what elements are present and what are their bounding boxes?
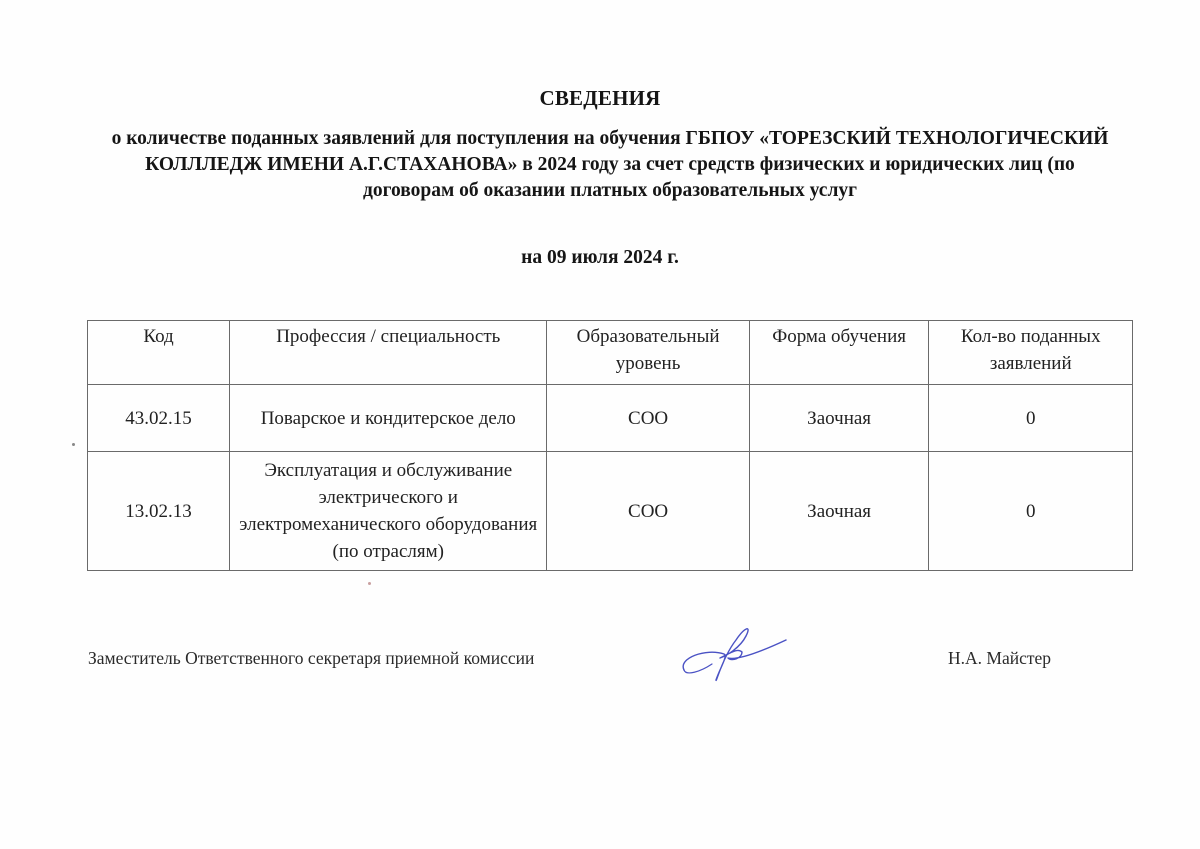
cell-form: Заочная bbox=[749, 385, 929, 452]
cell-code: 43.02.15 bbox=[88, 385, 230, 452]
signatory-name: Н.А. Майстер bbox=[948, 648, 1051, 669]
table-header-row: Код Профессия / специальность Образовате… bbox=[88, 321, 1133, 385]
document-page: СВЕДЕНИЯ о количестве поданных заявлений… bbox=[0, 0, 1200, 849]
document-date: на 09 июля 2024 г. bbox=[0, 247, 1200, 269]
cell-code: 13.02.13 bbox=[88, 452, 230, 571]
signatory-role: Заместитель Ответственного секретаря при… bbox=[88, 648, 534, 669]
applications-table: Код Профессия / специальность Образовате… bbox=[87, 320, 1133, 571]
header-count: Кол-во поданных заявлений bbox=[929, 321, 1133, 385]
header-specialty: Профессия / специальность bbox=[230, 321, 547, 385]
signature-icon bbox=[676, 618, 806, 688]
cell-level: СОО bbox=[547, 452, 749, 571]
header-level: Образовательный уровень bbox=[547, 321, 749, 385]
cell-count: 0 bbox=[929, 385, 1133, 452]
document-subtitle: о количестве поданных заявлений для пост… bbox=[110, 126, 1110, 204]
scan-speck bbox=[72, 443, 75, 446]
cell-specialty: Эксплуатация и обслуживание электрическо… bbox=[230, 452, 547, 571]
cell-level: СОО bbox=[547, 385, 749, 452]
table-row: 13.02.13 Эксплуатация и обслуживание эле… bbox=[88, 452, 1133, 571]
table-row: 43.02.15 Поварское и кондитерское дело С… bbox=[88, 385, 1133, 452]
document-title: СВЕДЕНИЯ bbox=[0, 86, 1200, 111]
scan-speck bbox=[368, 582, 371, 585]
cell-count: 0 bbox=[929, 452, 1133, 571]
header-form: Форма обучения bbox=[749, 321, 929, 385]
cell-specialty: Поварское и кондитерское дело bbox=[230, 385, 547, 452]
header-code: Код bbox=[88, 321, 230, 385]
cell-form: Заочная bbox=[749, 452, 929, 571]
